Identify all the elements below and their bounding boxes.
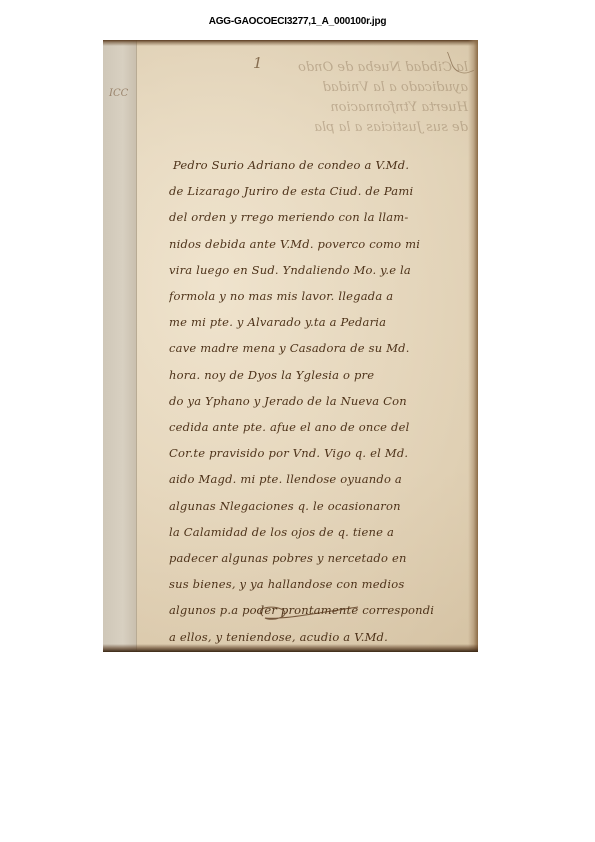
text-line: sus bienes, y ya hallandose con medios [169, 571, 469, 597]
bleed-line: Huerta Ytnfonnacion [148, 98, 468, 118]
handwritten-text: Pedro Surio Adriano de condeo a V.Md. de… [169, 152, 469, 650]
file-title: AGG-GAOCOECI3277,1_A_000100r.jpg [0, 16, 595, 27]
text-line: del orden y rrego meriendo con la llam- [169, 204, 469, 230]
text-line: vira luego en Sud. Yndaliendo Mo. y.e la [169, 257, 469, 283]
text-line: a ellos, y teniendose, acudio a V.Md. [169, 624, 469, 650]
bleed-line: de sus Justicias a la pla [148, 118, 468, 138]
margin-fragment: ICC [109, 88, 128, 99]
text-line: Pedro Surio Adriano de condeo a V.Md. [169, 152, 469, 178]
bleed-line: ayudicado a la Vnidad [148, 78, 468, 98]
top-page-edge [103, 40, 478, 46]
text-line: cedida ante pte. afue el ano de once del [169, 414, 469, 440]
bleed-line: la Cibdad Nueba de Ondo [148, 58, 468, 78]
text-line: algunas Nlegaciones q. le ocasionaron [169, 493, 469, 519]
text-line: la Calamidad de los ojos de q. tiene a [169, 519, 469, 545]
text-line: do ya Yphano y Jerado de la Nueva Con [169, 388, 469, 414]
text-line: hora. noy de Dyos la Yglesia o pre [169, 362, 469, 388]
signature-flourish [243, 602, 363, 624]
text-line: nidos debida ante V.Md. poverco como mi [169, 231, 469, 257]
text-line: de Lizarago Juriro de esta Ciud. de Pami [169, 178, 469, 204]
text-line: me mi pte. y Alvarado y.ta a Pedaria [169, 309, 469, 335]
text-line: aido Magd. mi pte. llendose oyuando a [169, 466, 469, 492]
folio-number: 1 [253, 54, 263, 72]
manuscript-scan: ICC la Cibdad Nueba de Ondo ayudicado a … [103, 40, 478, 652]
text-line: padecer algunas pobres y nercetado en [169, 545, 469, 571]
text-line: cave madre mena y Casadora de su Md. [169, 335, 469, 361]
binding-strip: ICC [103, 40, 137, 652]
bleed-through-text: la Cibdad Nueba de Ondo ayudicado a la V… [148, 58, 468, 138]
right-page-edge [468, 40, 478, 652]
text-line: Cor.te pravisido por Vnd. Vigo q. el Md. [169, 440, 469, 466]
text-line: formola y no mas mis lavor. llegada a [169, 283, 469, 309]
